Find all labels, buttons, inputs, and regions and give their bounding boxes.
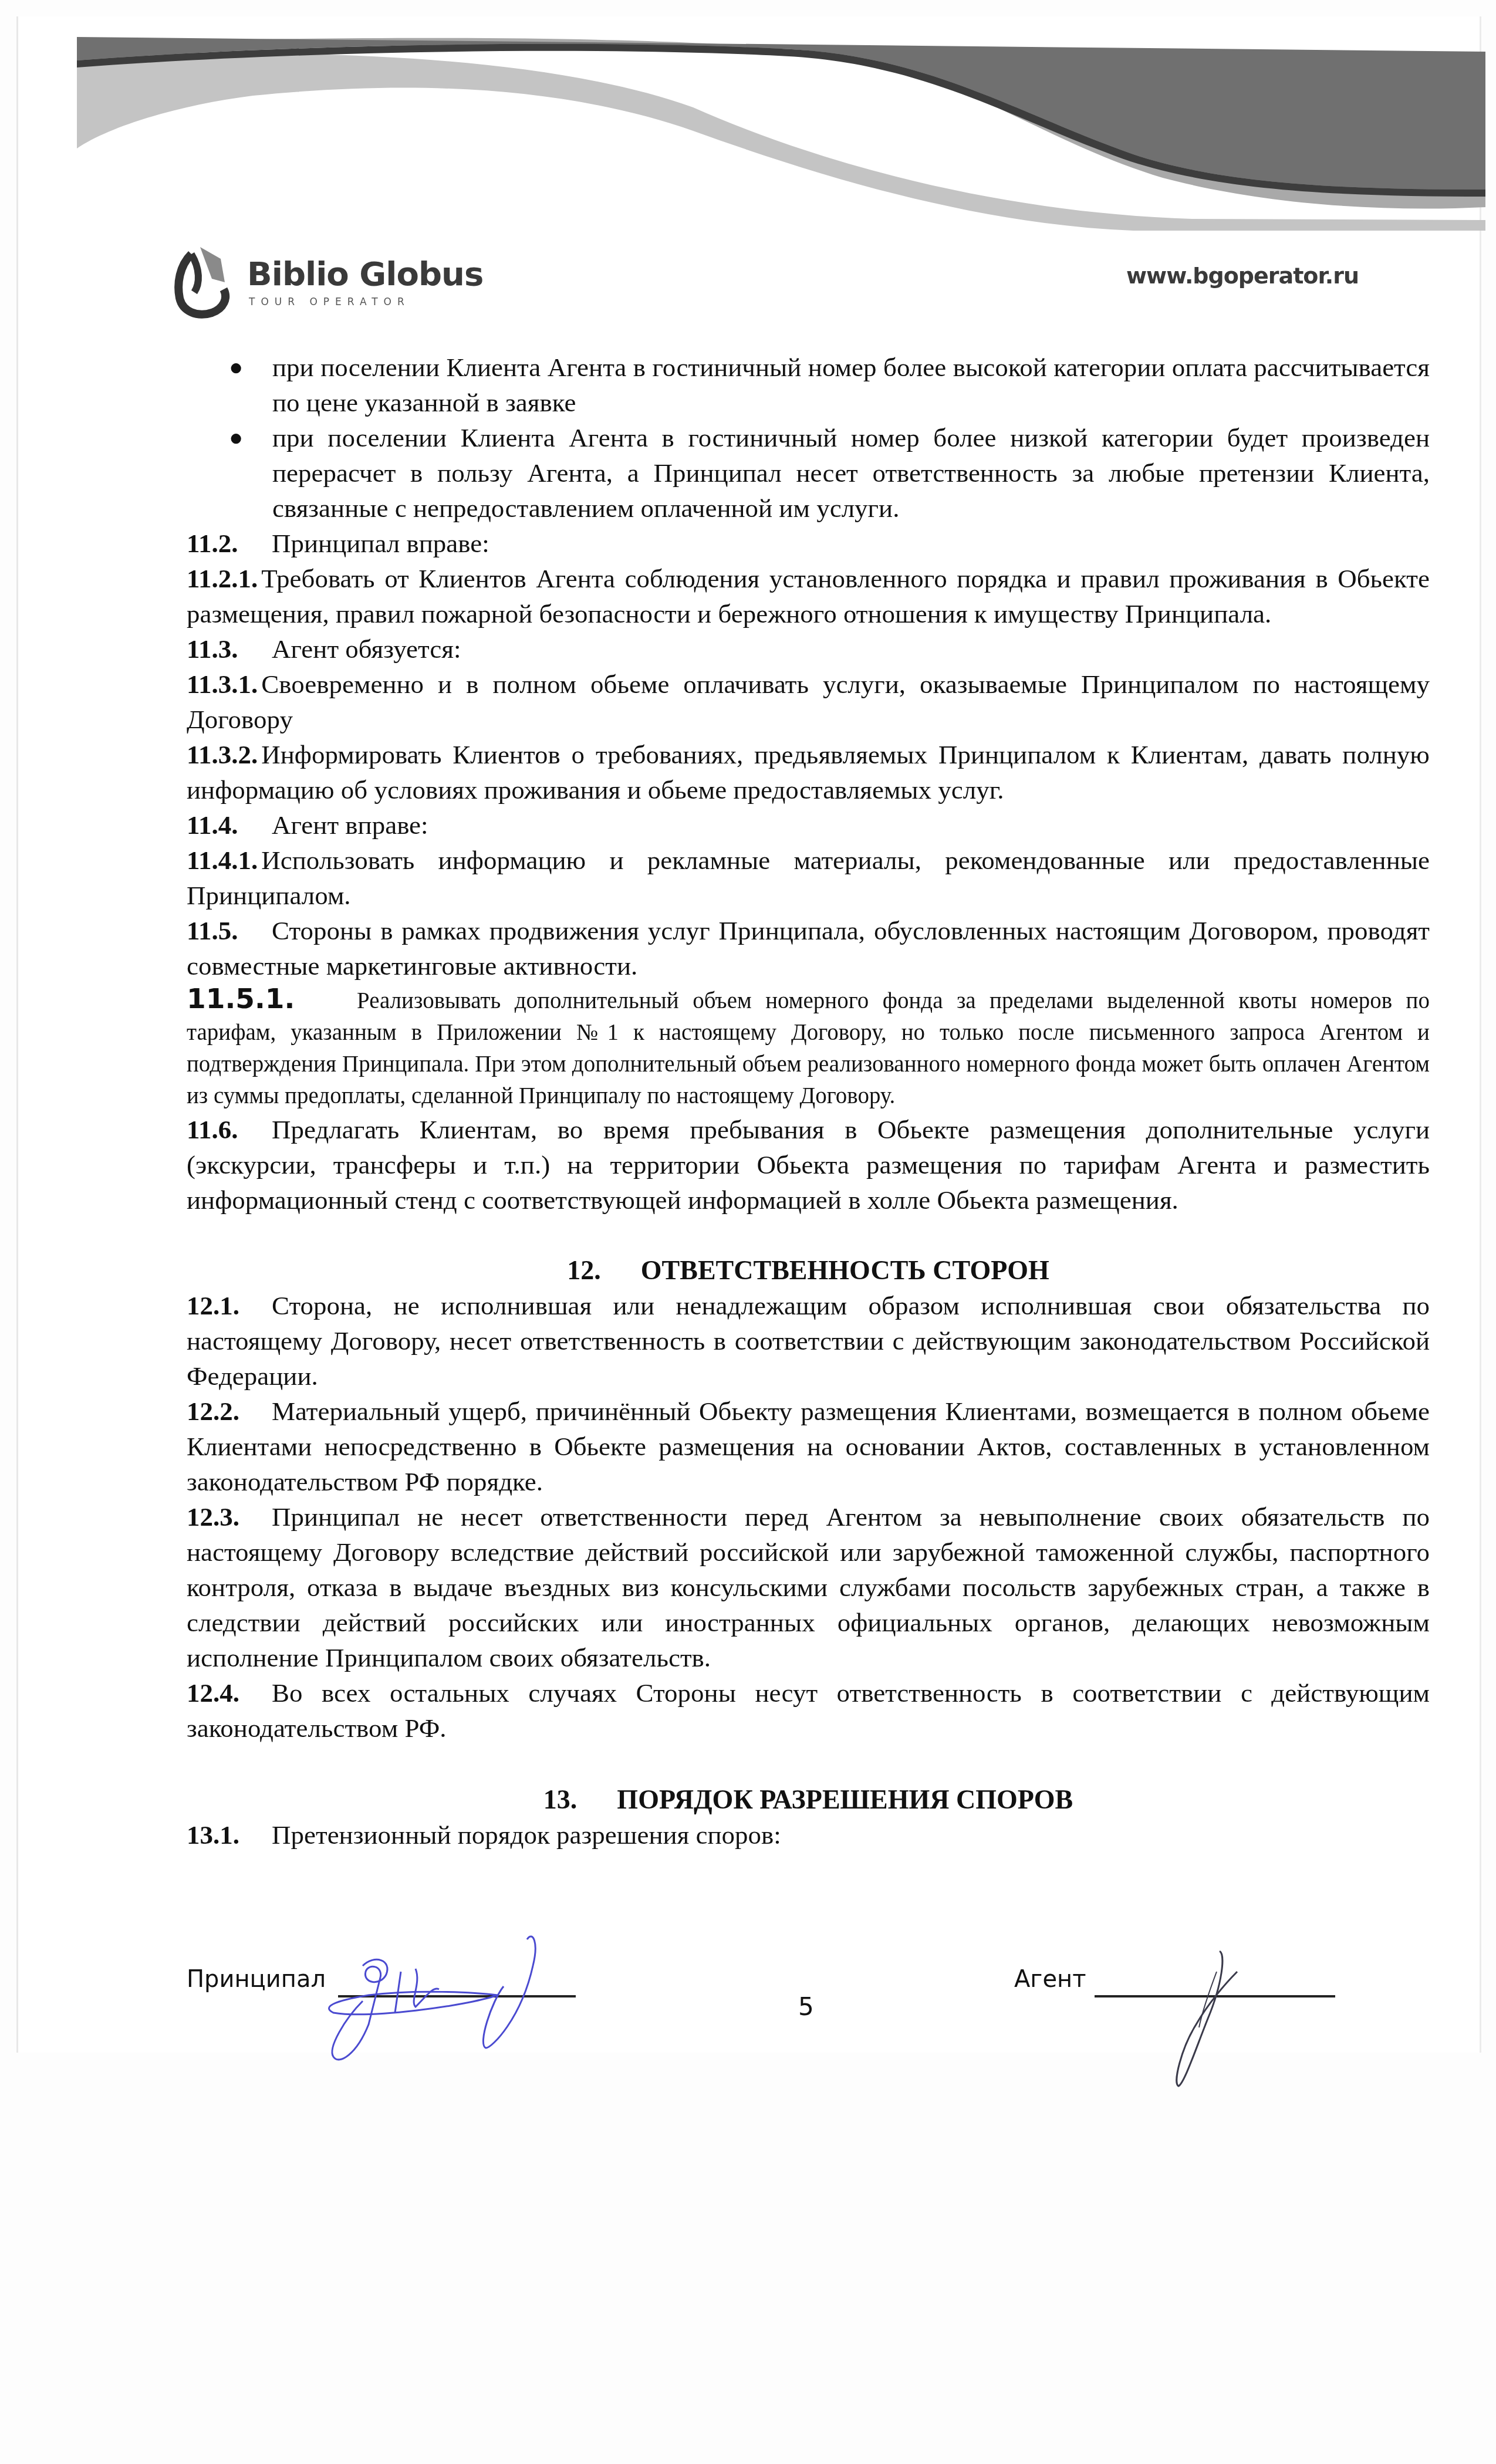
clause-11-3-1: 11.3.1.Своевременно и в полном обьеме оп… [187, 667, 1430, 737]
clause-11-5: 11.5.Стороны в рамках продвижения услуг … [187, 913, 1430, 983]
clause-12-1: 12.1.Сторона, не исполнившая или ненадле… [187, 1288, 1430, 1394]
clause-13-1: 13.1.Претензионный порядок разрешения сп… [187, 1817, 1430, 1853]
document-body: ● при поселении Клиента Агента в гостини… [187, 350, 1430, 1853]
bullet-item: ● при поселении Клиента Агента в гостини… [187, 350, 1430, 420]
clause-12-4: 12.4.Во всех остальных случаях Стороны н… [187, 1675, 1430, 1746]
clause-11-2: 11.2.Принципал вправе: [187, 526, 1430, 561]
clause-11-6: 11.6.Предлагать Клиентам, во время пребы… [187, 1112, 1430, 1218]
section-heading-12: 12.ОТВЕТСТВЕННОСТЬ СТОРОН [187, 1253, 1430, 1288]
bullet-item: ● при поселении Клиента Агента в гостини… [187, 420, 1430, 526]
biblio-globus-logo-icon [165, 242, 247, 319]
clause-11-5-1: 11.5.1.Реализовывать дополнительный объе… [187, 983, 1430, 1112]
bullet-dot-icon: ● [229, 420, 243, 455]
principal-signature-icon [298, 1931, 603, 2071]
clause-11-3-2: 11.3.2.Информировать Клиентов о требован… [187, 737, 1430, 807]
header-wave-banner [77, 37, 1485, 231]
website-link[interactable]: www.bgoperator.ru [1126, 263, 1359, 289]
bullet-dot-icon: ● [229, 350, 243, 385]
clause-11-2-1: 11.2.1.Требовать от Клиентов Агента собл… [187, 561, 1430, 631]
agent-label: Агент [1014, 1966, 1086, 1993]
brand-logo: Biblio Globus TOUR OPERATOR [165, 242, 494, 319]
clause-11-4-1: 11.4.1.Использовать информацию и рекламн… [187, 843, 1430, 913]
page-number: 5 [798, 1992, 814, 2021]
clause-11-3: 11.3.Агент обязуется: [187, 631, 1430, 667]
clause-11-4: 11.4.Агент вправе: [187, 807, 1430, 843]
agent-signature-icon [1149, 1948, 1267, 2101]
section-heading-13: 13.ПОРЯДОК РАЗРЕШЕНИЯ СПОРОВ [187, 1782, 1430, 1817]
clause-12-2: 12.2.Материальный ущерб, причинённый Обь… [187, 1394, 1430, 1499]
brand-subtitle: TOUR OPERATOR [249, 296, 410, 308]
brand-name: Biblio Globus [247, 255, 483, 293]
clause-12-3: 12.3.Принципал не несет ответственности … [187, 1499, 1430, 1675]
